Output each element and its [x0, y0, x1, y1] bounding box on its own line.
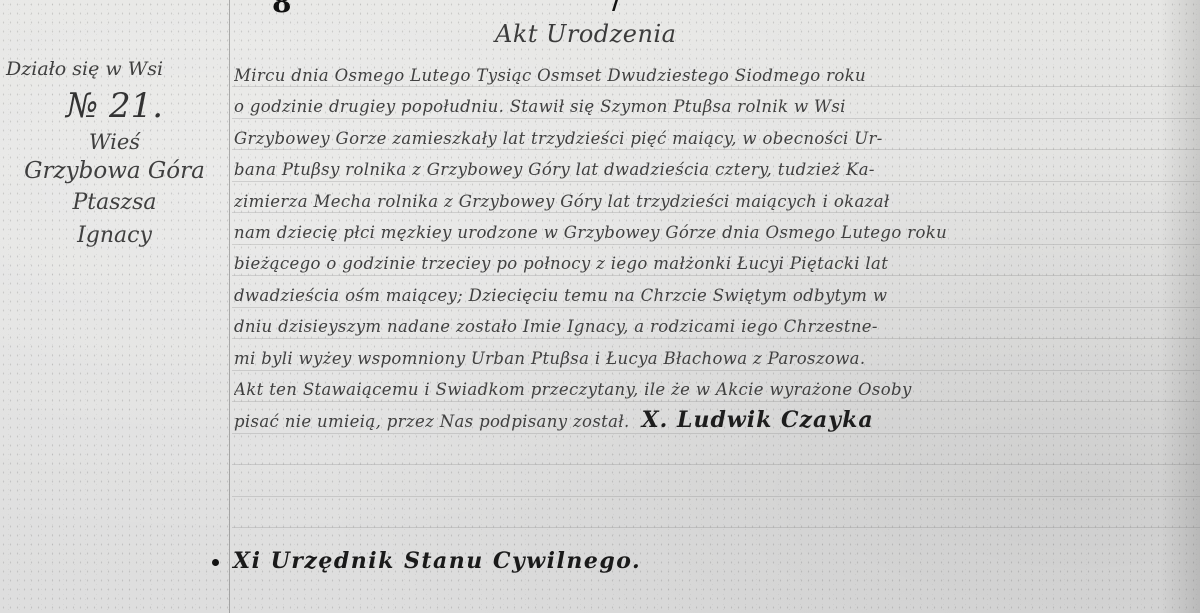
- body-line: dwadzieścia ośm maiącey; Dziecięciu temu…: [234, 280, 1194, 311]
- body-line: zimierza Mecha rolnika z Grzybowey Góry …: [234, 186, 1194, 217]
- body-line: bana Ptuβsy rolnika z Grzybowey Góry lat…: [234, 154, 1194, 185]
- record-title: Akt Urodzenia: [495, 20, 676, 48]
- margin-place-name: Grzybowa Góra: [0, 158, 229, 184]
- body-line: Grzybowey Gorze zamieszkały lat trzydzie…: [234, 123, 1194, 154]
- record-number: № 21.: [0, 86, 229, 126]
- top-cut-off-character: 8: [272, 0, 291, 19]
- margin-given-name: Ignacy: [0, 223, 229, 248]
- body-line: nam dziecię płci męzkiey urodzone w Grzy…: [234, 217, 1194, 248]
- body-line-text: pisać nie umieią, przez Nas podpisany zo…: [234, 412, 630, 431]
- body-line: Mircu dnia Osmego Lutego Tysiąc Osmset D…: [234, 60, 1194, 91]
- body-line: bieżącego o godzinie trzeciey po połnocy…: [234, 248, 1194, 279]
- top-cut-off-stroke: /: [612, 0, 621, 15]
- margin-annotation: Działo się w Wsi № 21. Wieś Grzybowa Gór…: [0, 58, 229, 248]
- civil-registrar-line: Xi Urzędnik Stanu Cywilnego.: [212, 548, 641, 574]
- ink-dot: [212, 559, 219, 566]
- priest-signature: X. Ludwik Czayka: [642, 407, 874, 433]
- body-line: mi byli wyżey wspomniony Urban Ptuβsa i …: [234, 343, 1194, 374]
- document-page: 8 / Akt Urodzenia Działo się w Wsi № 21.…: [0, 0, 1200, 613]
- body-line: o godzinie drugiey popołudniu. Stawił si…: [234, 91, 1194, 122]
- record-body: Mircu dnia Osmego Lutego Tysiąc Osmset D…: [234, 60, 1194, 437]
- ruled-line: [232, 527, 1200, 528]
- margin-place-type: Wieś: [0, 130, 229, 154]
- ruled-line: [232, 496, 1200, 497]
- ruled-line: [232, 464, 1200, 465]
- margin-header: Działo się w Wsi: [0, 58, 229, 80]
- body-line: Akt ten Stawaiącemu i Swiadkom przeczyta…: [234, 374, 1194, 405]
- civil-registrar-title: Xi Urzędnik Stanu Cywilnego.: [233, 548, 641, 574]
- body-line-with-signature: pisać nie umieią, przez Nas podpisany zo…: [234, 405, 1194, 436]
- margin-rule-line: [229, 0, 230, 613]
- body-line: dniu dzisieyszym nadane zostało Imie Ign…: [234, 311, 1194, 342]
- margin-surname: Ptaszsa: [0, 190, 229, 215]
